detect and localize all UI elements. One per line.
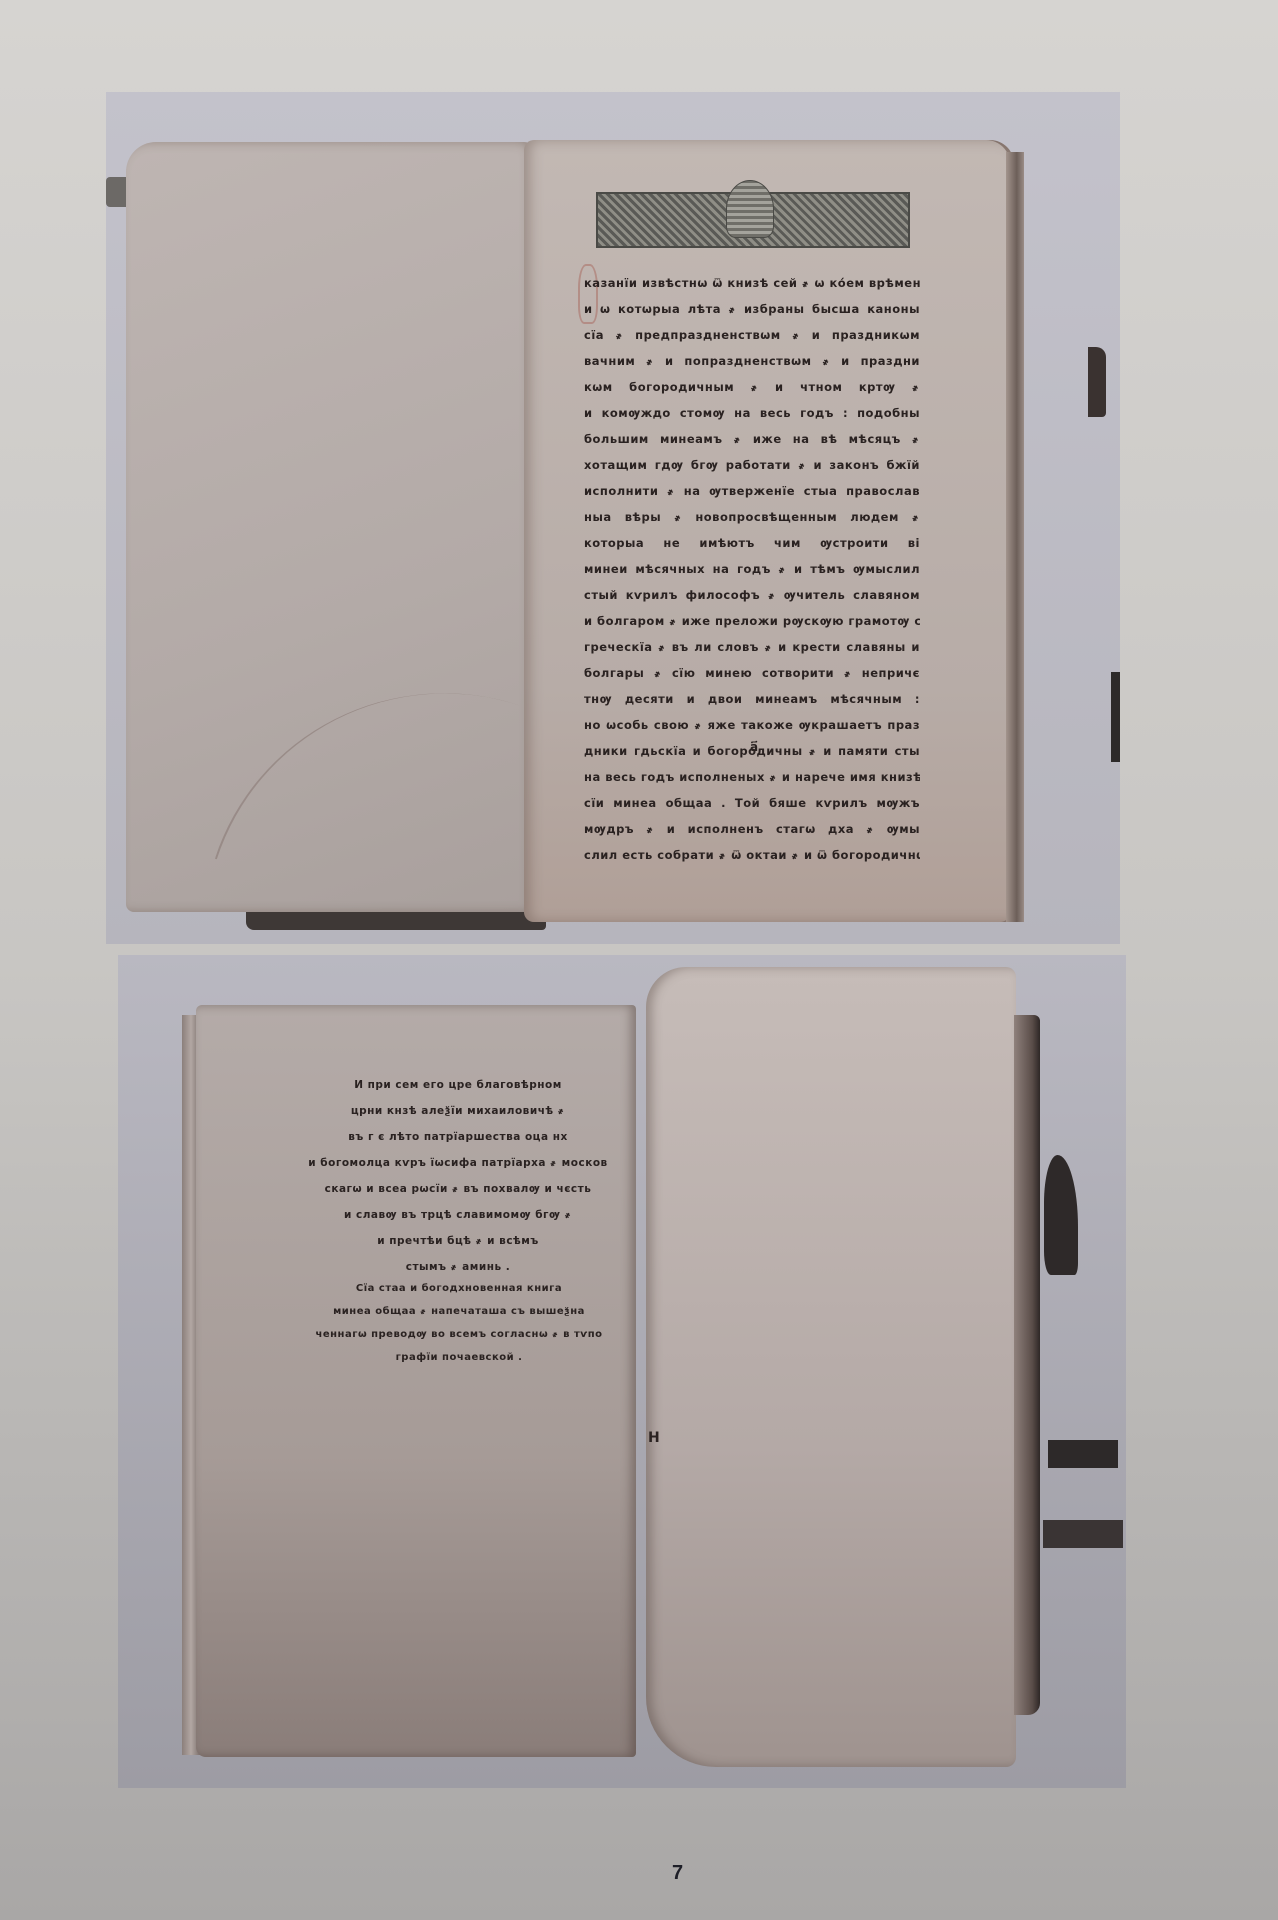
text-line: но ѡсобь свою ҂ яже такоже ѹкрашаетъ пра… bbox=[584, 712, 920, 738]
text-line: въ г є лѣто патрїаршества оца нх bbox=[308, 1124, 608, 1150]
text-line: ныа вѣры ҂ новопросвѣщенным людем ҂ bbox=[584, 504, 920, 530]
blank-right-page bbox=[646, 967, 1016, 1767]
text-line: казанїи извѣстнѡ ѿ книзѣ сей ҂ ѡ ко́ем в… bbox=[584, 270, 920, 296]
gutter-letter: Н bbox=[648, 1430, 660, 1446]
text-line: и славѹ въ трцѣ славимомѹ бгѹ ҂ bbox=[308, 1202, 608, 1228]
ornamental-headpiece-icon bbox=[596, 192, 910, 248]
text-line: сїа ҂ предпраздненствѡм ҂ и праздникѡм bbox=[584, 322, 920, 348]
page-crease bbox=[215, 630, 519, 933]
clasp-strap bbox=[1043, 1520, 1123, 1548]
page-block-edge bbox=[1006, 152, 1024, 922]
text-line: минеи мѣсячных на годъ ҂ и тѣмъ ѹмыслил bbox=[584, 556, 920, 582]
leather-tie-fragment bbox=[1088, 347, 1106, 417]
text-line: и ѡ котѡрыа лѣта ҂ избраны бысша каноны bbox=[584, 296, 920, 322]
slavonic-imprint-text: Сїа стаа и богодхновенная книга минеа об… bbox=[314, 1277, 604, 1369]
text-line: црни кнзѣ алеѯїи михаиловичѣ ҂ bbox=[308, 1098, 608, 1124]
text-line: скагѡ и всеа рѡсїи ҂ въ похвалѹ и чєсть bbox=[308, 1176, 608, 1202]
text-line: большим минеамъ ҂ иже на вѣ мѣсяцъ ҂ bbox=[584, 426, 920, 452]
book-cover-edge bbox=[246, 912, 546, 930]
text-line: исполнити ҂ на ѹтверженїе стыа правослaв bbox=[584, 478, 920, 504]
text-line: болгары ҂ сїю минею сотворити ҂ непричє bbox=[584, 660, 920, 686]
text-line: вачним ҂ и попраздненствѡм ҂ и праздни bbox=[584, 348, 920, 374]
folio-signature: а҃ bbox=[750, 740, 758, 754]
photo-open-book-title-spread: казанїи извѣстнѡ ѿ книзѣ сей ҂ ѡ ко́ем в… bbox=[106, 92, 1120, 944]
text-line: мѹдръ ҂ и исполненъ стагѡ дха ҂ ѹмы bbox=[584, 816, 920, 842]
clasp-strap bbox=[1111, 672, 1120, 762]
text-line: на весь годъ исполненых ҂ и нарече имя к… bbox=[584, 764, 920, 790]
blank-left-page bbox=[126, 142, 536, 912]
text-line: минеа общаа ҂ напечаташа съ вышеѯна bbox=[314, 1300, 604, 1323]
text-line: которыа не имѣютъ чим ѹстроити вi bbox=[584, 530, 920, 556]
book-cover-edge bbox=[1014, 1015, 1040, 1715]
text-line: греческїа ҂ въ ли словъ ҂ и крести славя… bbox=[584, 634, 920, 660]
text-line: графїи почаевской . bbox=[314, 1346, 604, 1369]
leather-tie-fragment bbox=[1044, 1155, 1078, 1275]
page-number: 7 bbox=[672, 1862, 683, 1885]
slavonic-colophon-text: И при сем его цре благовѣрном црни кнзѣ … bbox=[308, 1072, 608, 1280]
text-line: стый кѵрилъ философъ ҂ ѹчитель славяном bbox=[584, 582, 920, 608]
text-line: слил есть собрати ҂ ѿ октаи ҂ и ѿ богоро… bbox=[584, 842, 920, 868]
photo-open-book-colophon-spread: И при сем его цре благовѣрном црни кнзѣ … bbox=[118, 955, 1126, 1788]
text-line: Сїа стаа и богодхновенная книга bbox=[314, 1277, 604, 1300]
text-line: И при сем его цре благовѣрном bbox=[308, 1072, 608, 1098]
text-line: тнѹ десяти и двои минеамъ мѣсячным : bbox=[584, 686, 920, 712]
text-line: хотащим гдѹ бгѹ работати ҂ и законъ бжїй bbox=[584, 452, 920, 478]
text-line: ченнагѡ преводѹ во всемъ согласнѡ ҂ в тѵ… bbox=[314, 1323, 604, 1346]
text-line: и богомолца кѵръ їѡсифа патрїарха ҂ моск… bbox=[308, 1150, 608, 1176]
text-line: и болгаром ҂ иже преложи рѹскѹю грамотѹ … bbox=[584, 608, 920, 634]
text-line: сїи минеа общаа . Той бяше кѵрилъ мѹжъ bbox=[584, 790, 920, 816]
text-line: и комѹждо стомѹ на весь годъ : подобны bbox=[584, 400, 920, 426]
text-line: кѡм богородичным ҂ и чтном кртѹ ҂ bbox=[584, 374, 920, 400]
clasp-strap bbox=[1048, 1440, 1118, 1468]
text-line: и пречтѣи бцѣ ҂ и всѣмъ bbox=[308, 1228, 608, 1254]
slavonic-preface-text: казанїи извѣстнѡ ѿ книзѣ сей ҂ ѡ ко́ем в… bbox=[584, 270, 920, 868]
